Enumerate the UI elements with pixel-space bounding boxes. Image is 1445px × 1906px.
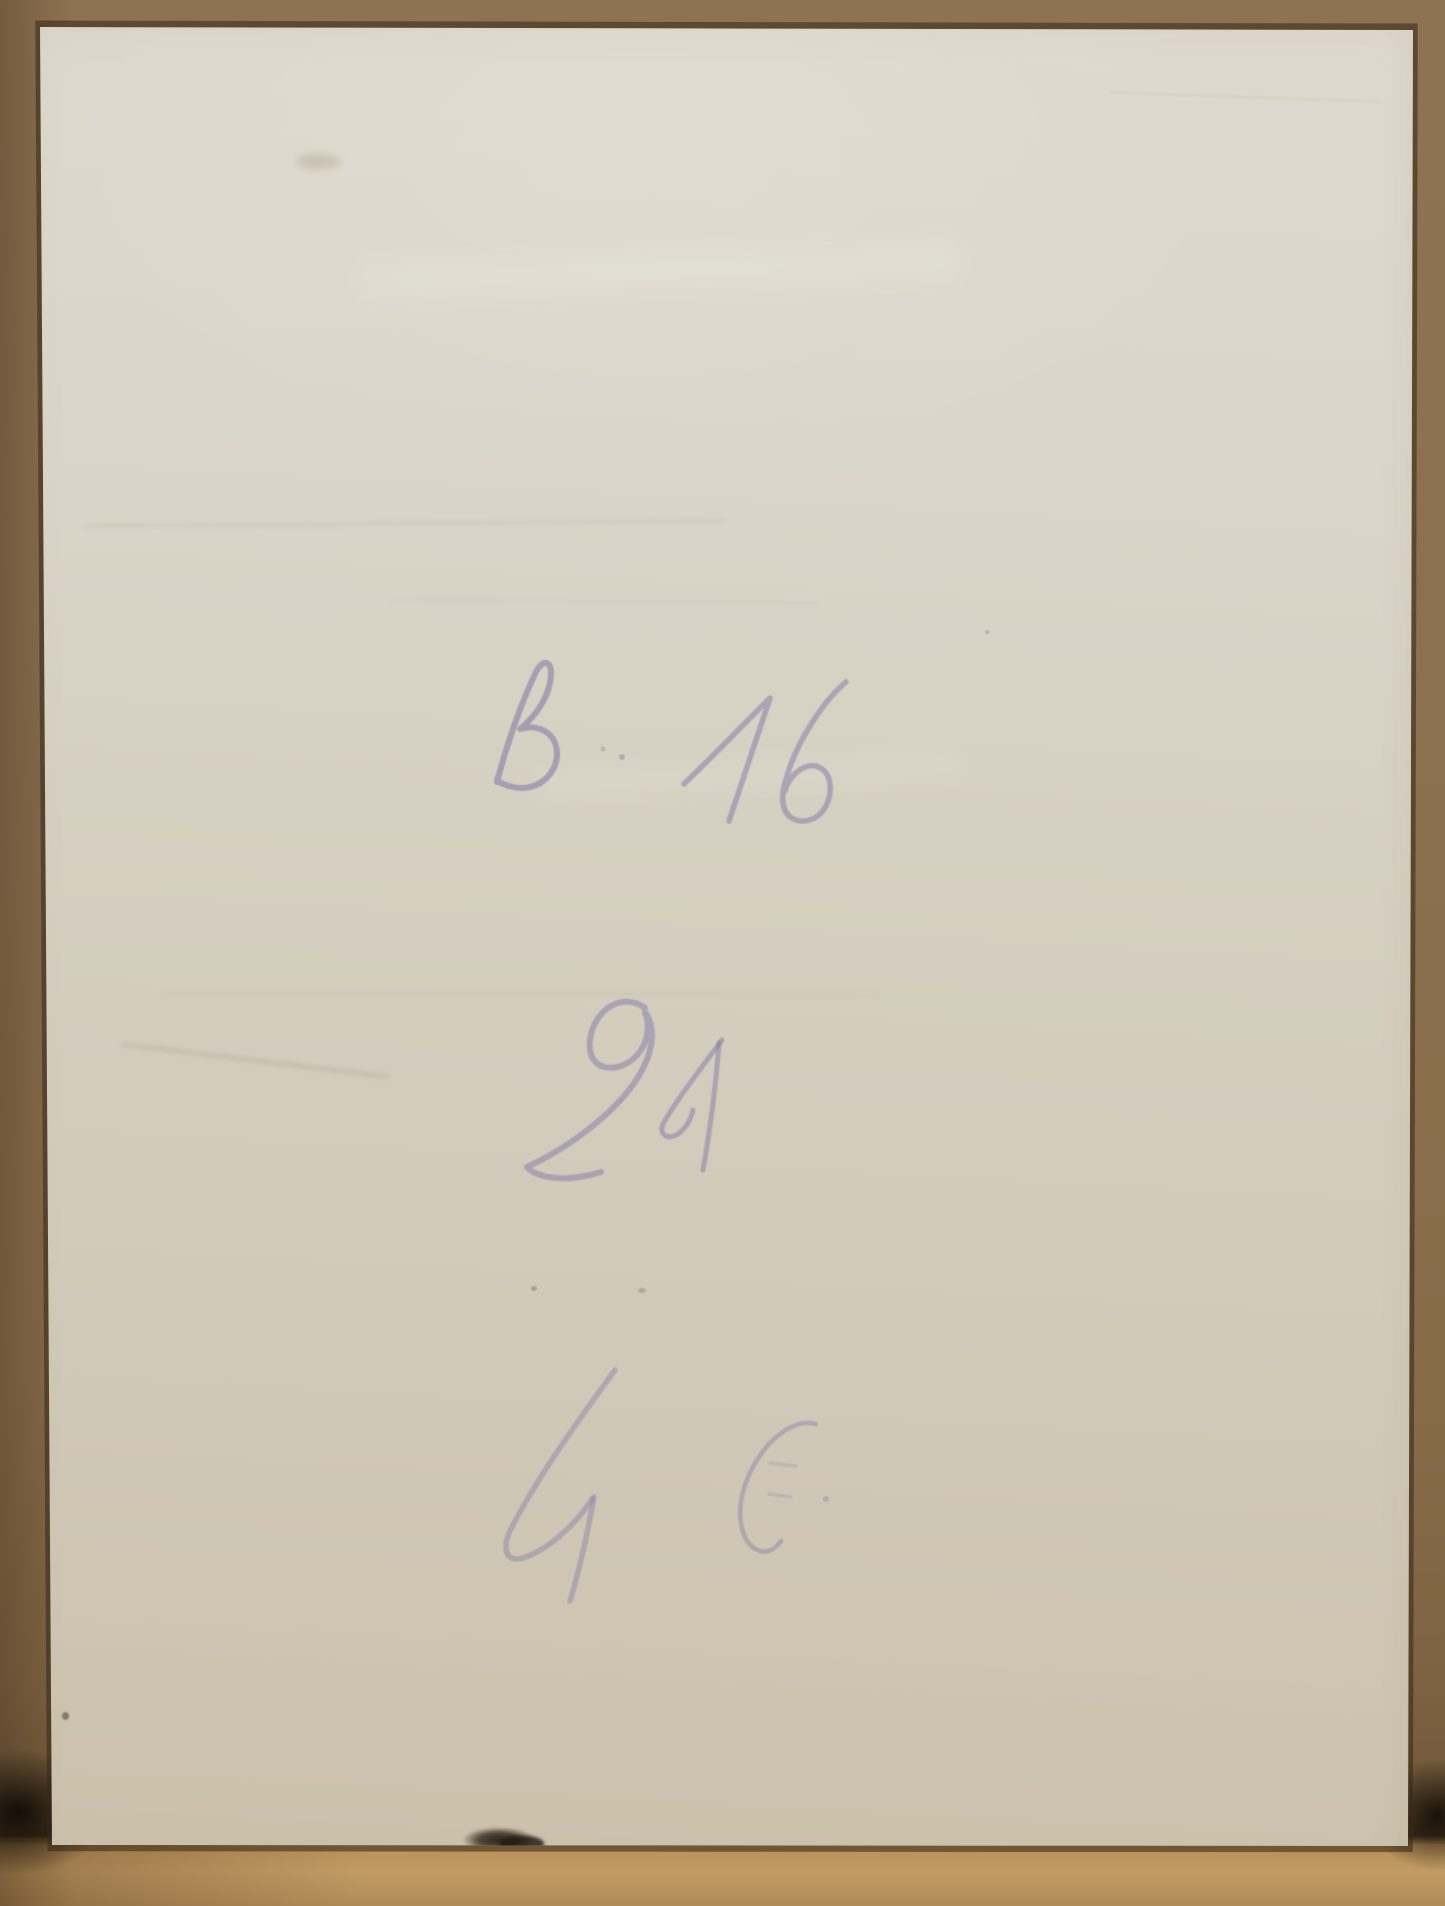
handwriting-layer bbox=[0, 0, 1445, 1906]
inscription-24 bbox=[527, 1002, 722, 1178]
inscription-b16 bbox=[497, 663, 846, 821]
paper-sheet bbox=[0, 0, 1445, 1906]
photo-scene bbox=[0, 0, 1445, 1906]
inscription-4c bbox=[506, 1370, 829, 1601]
